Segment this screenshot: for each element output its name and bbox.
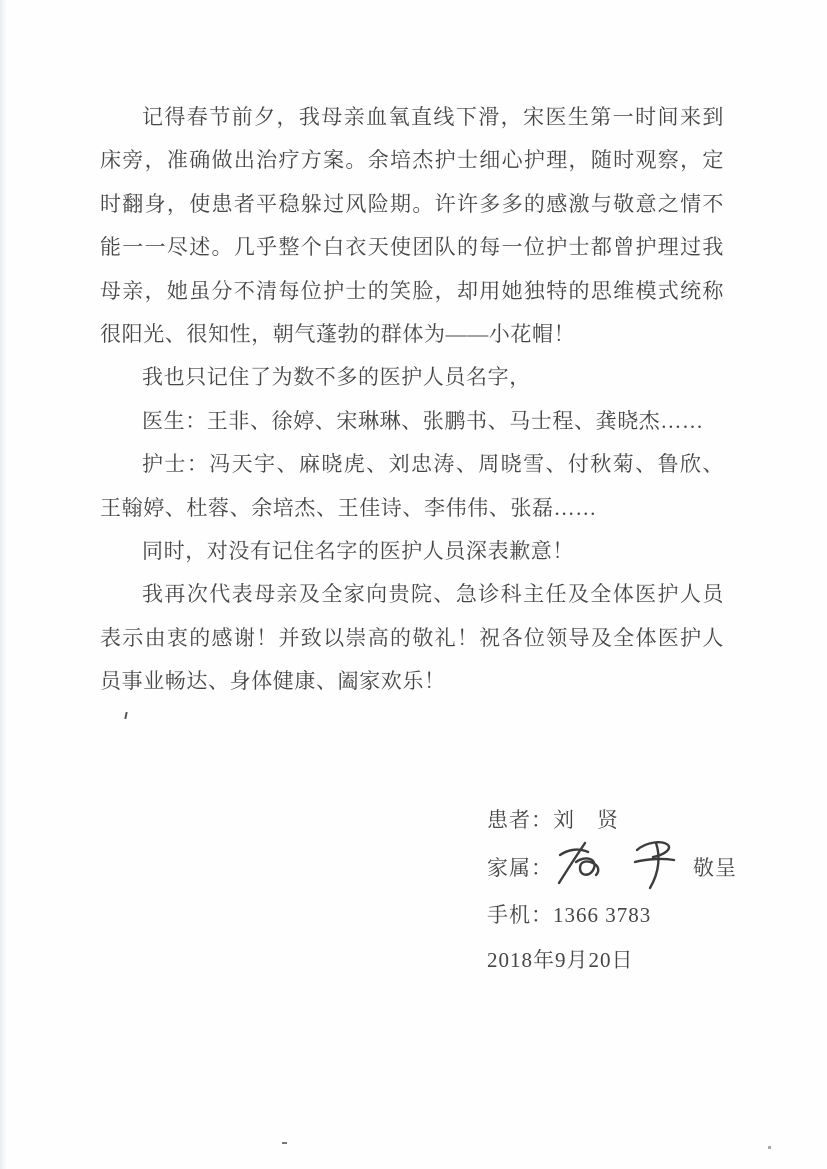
family-suffix: 敬呈 (693, 846, 737, 891)
scan-speck (282, 1142, 287, 1144)
patient-line: 患者：刘 贤 (487, 798, 737, 843)
letter-paragraph-2: 我也只记住了为数不多的医护人员名字， (100, 356, 724, 399)
letter-page: 记得春节前夕，我母亲血氧直线下滑，宋医生第一时间来到床旁，准确做出治疗方案。余培… (0, 0, 827, 1169)
phone-line: 手机：1366 3783 (487, 893, 737, 938)
letter-paragraph-4: 护士：冯天宇、麻晓虎、刘忠涛、周晓雪、付秋菊、鲁欣、王翰婷、杜蓉、余培杰、王佳诗… (100, 443, 724, 530)
family-line: 家属： 敬呈 (487, 843, 737, 893)
family-label: 家属： (487, 846, 553, 891)
letter-paragraph-3: 医生：王非、徐婷、宋琳琳、张鹏书、马士程、龚晓杰…… (100, 400, 724, 443)
scan-speck (768, 1146, 771, 1149)
handwritten-signature (555, 838, 683, 892)
letter-body: 记得春节前夕，我母亲血氧直线下滑，宋医生第一时间来到床旁，准确做出治疗方案。余培… (100, 96, 724, 704)
scan-speck (124, 712, 127, 719)
letter-paragraph-6: 我再次代表母亲及全家向贵院、急诊科主任及全体医护人员表示由衷的感谢！并致以崇高的… (100, 573, 724, 703)
letter-paragraph-1: 记得春节前夕，我母亲血氧直线下滑，宋医生第一时间来到床旁，准确做出治疗方案。余培… (100, 96, 724, 356)
date-line: 2018年9月20日 (487, 938, 737, 983)
signature-block: 患者：刘 贤 家属： 敬呈 手机：1366 3 (487, 798, 737, 983)
letter-paragraph-5: 同时，对没有记住名字的医护人员深表歉意！ (100, 530, 724, 573)
